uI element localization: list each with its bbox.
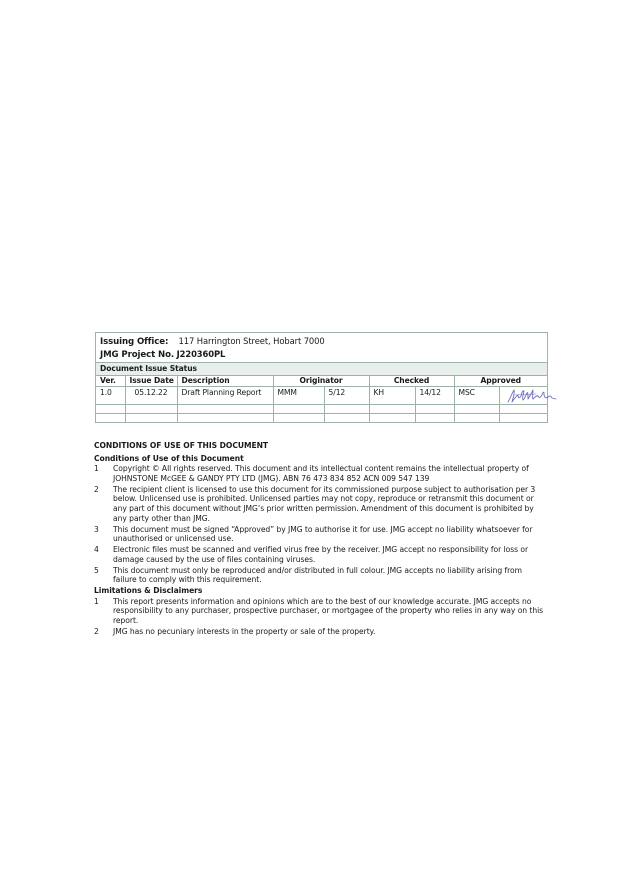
issuing-office-label: Issuing Office: [100,336,176,348]
empty-cell [96,405,125,414]
limitations-title: Limitations & Disclaimers [94,586,544,596]
document-issue-table: Issuing Office: 117 Harrington Street, H… [95,332,548,423]
limitation-text: This report presents information and opi… [113,597,544,626]
cell-description: Draft Planning Report [177,387,273,405]
condition-item: 2 The recipient client is licensed to us… [94,485,544,523]
conditions-subtitle: Conditions of Use of this Document [94,454,544,464]
condition-item: 1 Copyright © All rights reserved. This … [94,464,544,483]
condition-number: 5 [94,566,113,585]
project-number-value: J220360PL [177,349,226,359]
limitation-number: 1 [94,597,113,626]
issuing-office-line: Issuing Office: 117 Harrington Street, H… [100,335,543,348]
empty-cell [177,414,273,423]
empty-cell [324,405,369,414]
empty-cell [369,405,415,414]
condition-number: 3 [94,525,113,544]
cell-checked-date: 14/12 [415,387,454,405]
cell-originator-initials: MMM [273,387,324,405]
empty-cell [454,405,499,414]
signature-icon [504,388,544,404]
empty-cell [415,414,454,423]
project-number-label: JMG Project No. [100,349,174,361]
empty-cell [273,405,324,414]
condition-item: 4 Electronic files must be scanned and v… [94,545,544,564]
col-description: Description [177,376,273,387]
office-block: Issuing Office: 117 Harrington Street, H… [96,333,547,363]
conditions-section: CONDITIONS OF USE OF THIS DOCUMENT Condi… [94,441,544,638]
col-originator: Originator [273,376,369,387]
empty-cell [125,405,177,414]
table-row-empty [96,405,547,414]
empty-cell [499,405,547,414]
col-ver: Ver. [96,376,125,387]
cell-approved-initials: MSC [454,387,499,405]
empty-cell [96,414,125,423]
condition-item: 5 This document must only be reproduced … [94,566,544,585]
empty-cell [125,414,177,423]
issue-status-grid: Ver. Issue Date Description Originator C… [96,376,547,422]
header-row: Ver. Issue Date Description Originator C… [96,376,547,387]
condition-item: 3 This document must be signed “Approved… [94,525,544,544]
col-issue-date: Issue Date [125,376,177,387]
project-number-line: JMG Project No. J220360PL [100,348,543,361]
condition-text: Electronic files must be scanned and ver… [113,545,544,564]
issue-status-heading: Document Issue Status [96,363,547,376]
empty-cell [415,405,454,414]
conditions-title: CONDITIONS OF USE OF THIS DOCUMENT [94,441,544,451]
limitation-number: 2 [94,627,113,637]
empty-cell [499,414,547,423]
condition-text: This document must only be reproduced an… [113,566,544,585]
condition-number: 2 [94,485,113,523]
col-checked: Checked [369,376,454,387]
limitation-item: 2 JMG has no pecuniary interests in the … [94,627,544,637]
cell-originator-date: 5/12 [324,387,369,405]
table-row-empty [96,414,547,423]
condition-text: This document must be signed “Approved” … [113,525,544,544]
col-approved: Approved [454,376,547,387]
empty-cell [324,414,369,423]
empty-cell [177,405,273,414]
empty-cell [454,414,499,423]
limitation-text: JMG has no pecuniary interests in the pr… [113,627,544,637]
empty-cell [273,414,324,423]
cell-ver: 1.0 [96,387,125,405]
table-row: 1.0 05.12.22 Draft Planning Report MMM 5… [96,387,547,405]
empty-cell [369,414,415,423]
condition-number: 1 [94,464,113,483]
condition-text: Copyright © All rights reserved. This do… [113,464,544,483]
condition-text: The recipient client is licensed to use … [113,485,544,523]
condition-number: 4 [94,545,113,564]
document-page: Issuing Office: 117 Harrington Street, H… [0,0,622,880]
cell-checked-initials: KH [369,387,415,405]
cell-approved-signature [499,387,547,405]
limitation-item: 1 This report presents information and o… [94,597,544,626]
issuing-office-value: 117 Harrington Street, Hobart 7000 [179,336,325,346]
cell-issue-date: 05.12.22 [125,387,177,405]
